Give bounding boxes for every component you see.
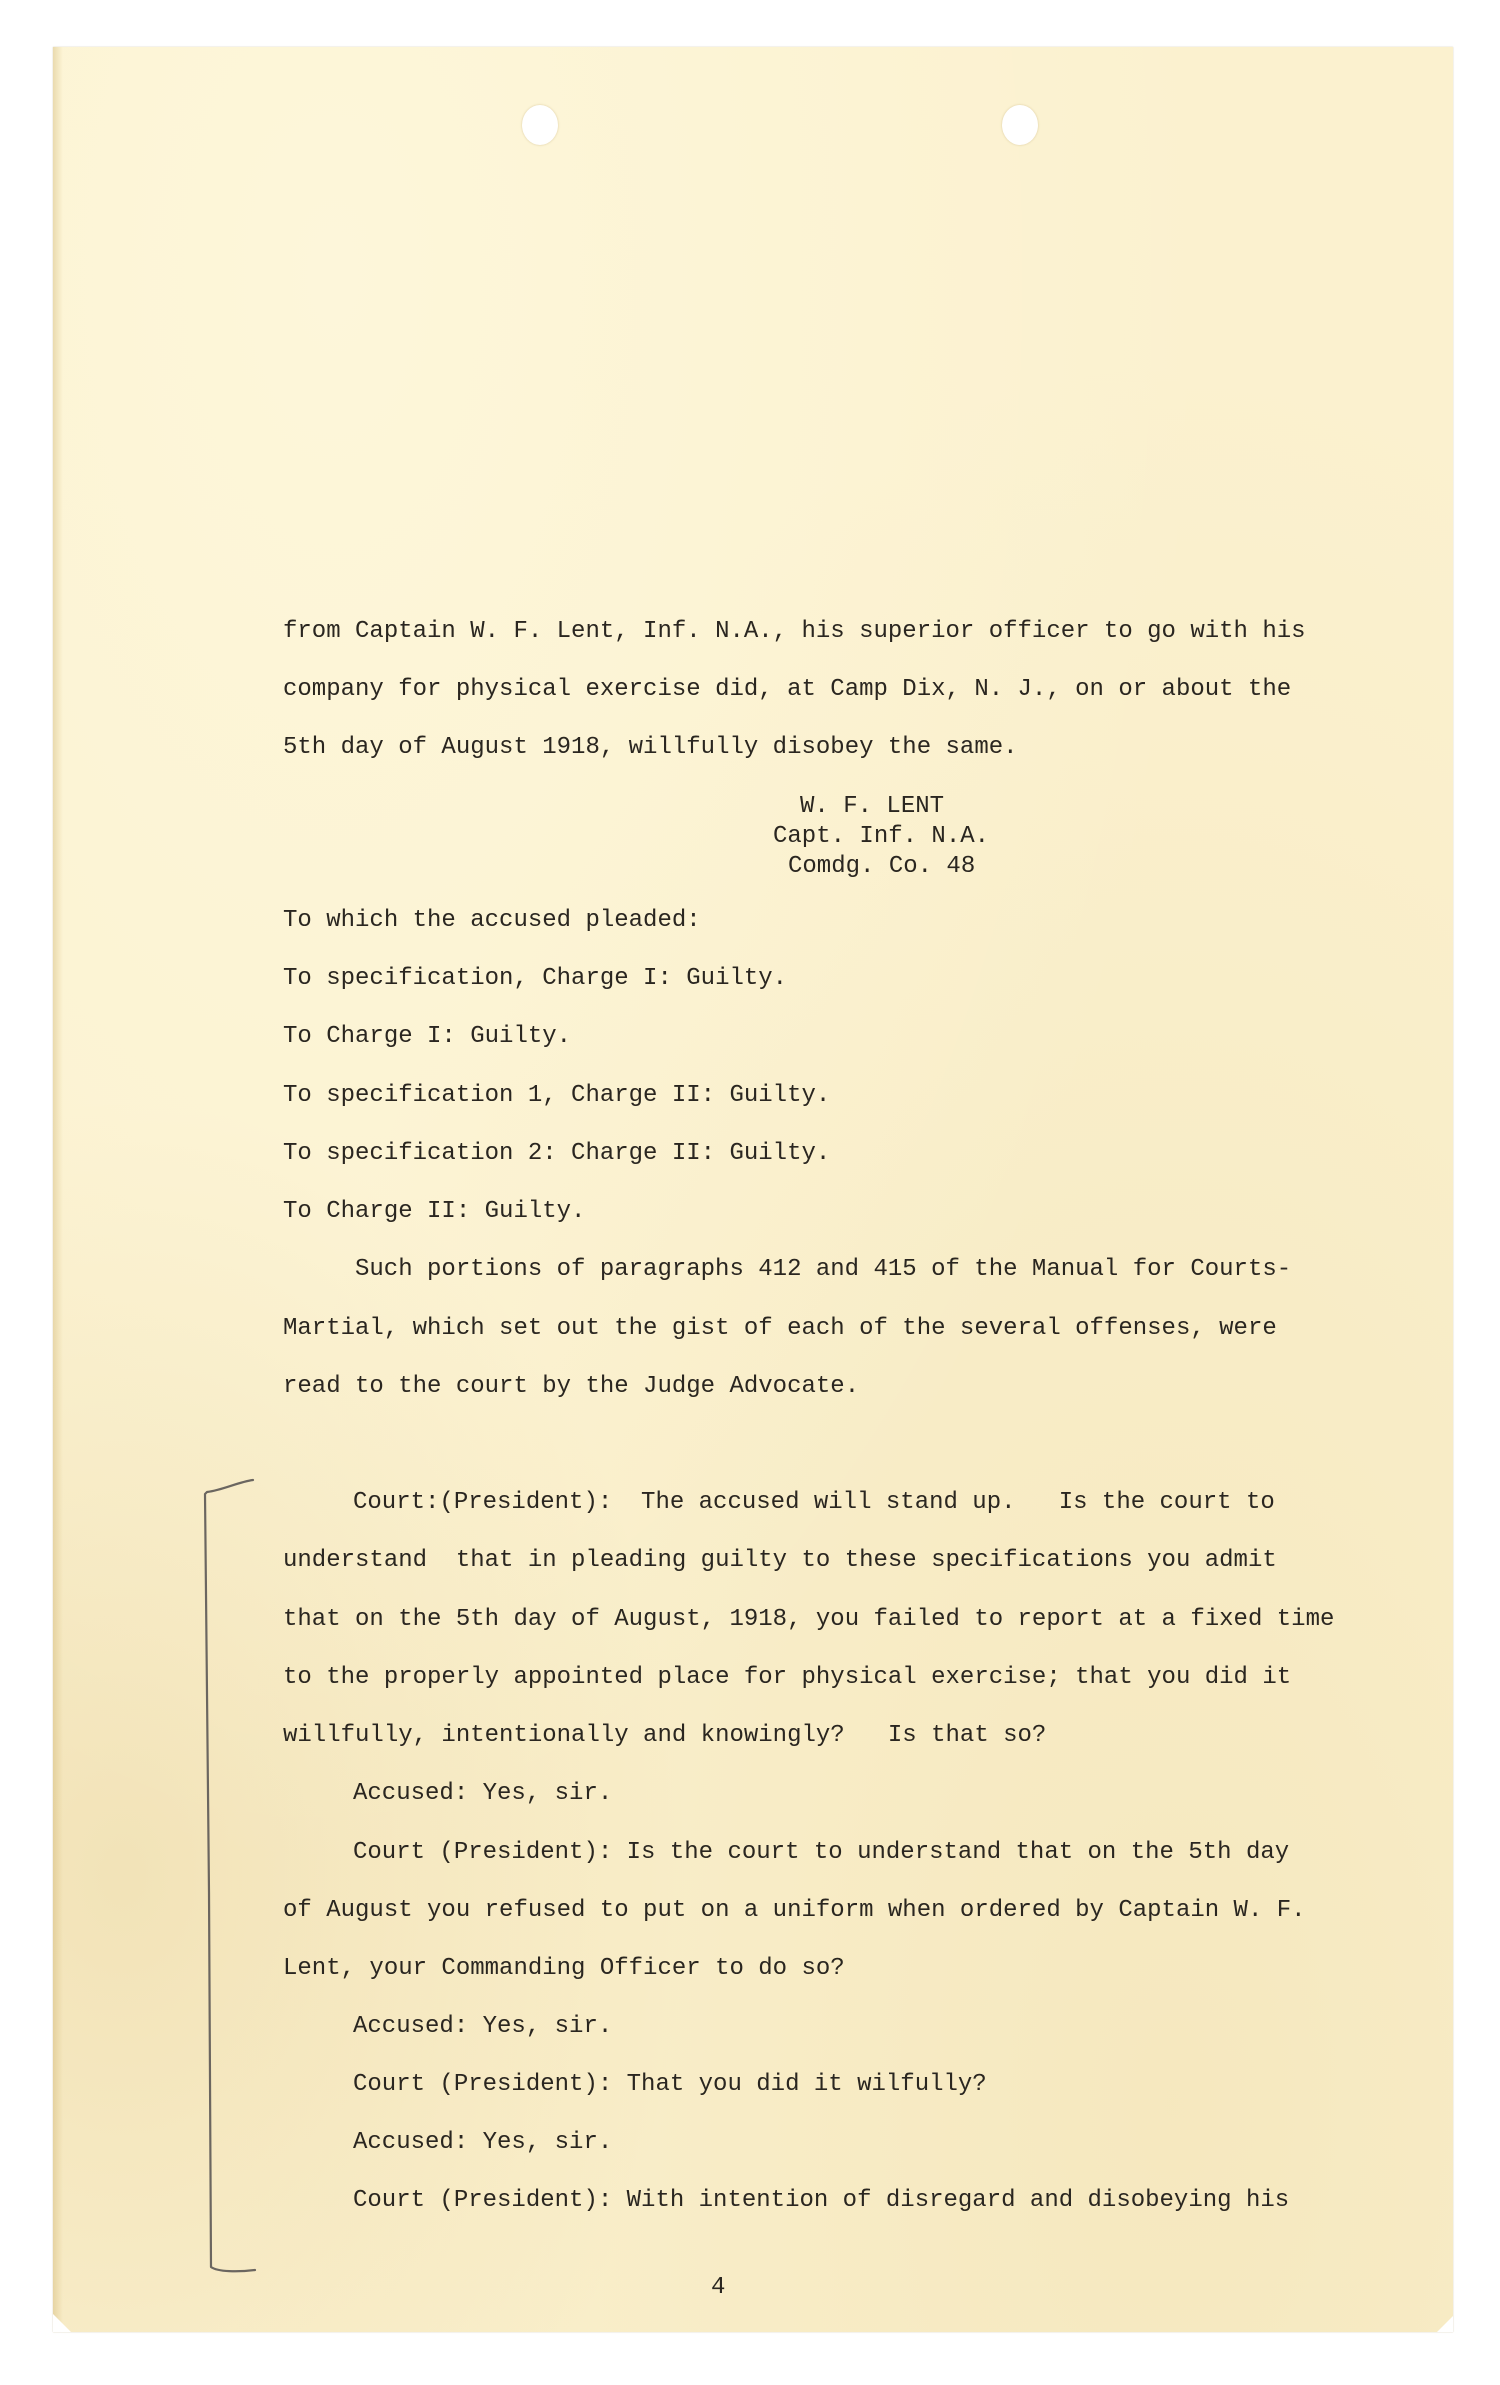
dialogue-line: Accused: Yes, sir. bbox=[353, 2013, 612, 2041]
signature-rank: Capt. Inf. N.A. bbox=[773, 823, 989, 851]
dialogue-line: Court (President): With intention of dis… bbox=[353, 2187, 1289, 2215]
page-number: 4 bbox=[711, 2274, 725, 2302]
plea-line: To specification 2: Charge II: Guilty. bbox=[283, 1140, 830, 1168]
corner-fold-bottom-left bbox=[53, 2314, 71, 2332]
pencil-bracket-mark bbox=[193, 1472, 273, 2282]
dialogue-line: of August you refused to put on a unifor… bbox=[283, 1897, 1306, 1925]
dialogue-line: Lent, your Commanding Officer to do so? bbox=[283, 1955, 845, 1983]
dialogue-line: Accused: Yes, sir. bbox=[353, 1780, 612, 1808]
text-line: read to the court by the Judge Advocate. bbox=[283, 1373, 859, 1401]
dialogue-line: that on the 5th day of August, 1918, you… bbox=[283, 1606, 1334, 1634]
dialogue-line: understand that in pleading guilty to th… bbox=[283, 1547, 1277, 1575]
dialogue-line: Court (President): That you did it wilfu… bbox=[353, 2071, 987, 2099]
punch-hole-right bbox=[1002, 105, 1038, 145]
punch-hole-left bbox=[522, 105, 558, 145]
dialogue-line: to the properly appointed place for phys… bbox=[283, 1664, 1291, 1692]
signature-command: Comdg. Co. 48 bbox=[788, 853, 975, 881]
plea-line: To Charge I: Guilty. bbox=[283, 1023, 571, 1051]
text-line: Martial, which set out the gist of each … bbox=[283, 1315, 1277, 1343]
plea-line: To which the accused pleaded: bbox=[283, 907, 701, 935]
dialogue-line: willfully, intentionally and knowingly? … bbox=[283, 1722, 1046, 1750]
dialogue-line: Court:(President): The accused will stan… bbox=[353, 1489, 1275, 1517]
page-edge-shading bbox=[53, 47, 63, 2332]
text-line: from Captain W. F. Lent, Inf. N.A., his … bbox=[283, 618, 1306, 646]
text-line: Such portions of paragraphs 412 and 415 … bbox=[355, 1256, 1291, 1284]
plea-line: To Charge II: Guilty. bbox=[283, 1198, 585, 1226]
dialogue-line: Accused: Yes, sir. bbox=[353, 2129, 612, 2157]
document-page: from Captain W. F. Lent, Inf. N.A., his … bbox=[53, 47, 1453, 2332]
signature-name: W. F. LENT bbox=[800, 793, 944, 821]
plea-line: To specification, Charge I: Guilty. bbox=[283, 965, 787, 993]
text-line: 5th day of August 1918, willfully disobe… bbox=[283, 734, 1018, 762]
dialogue-line: Court (President): Is the court to under… bbox=[353, 1839, 1289, 1867]
text-line: company for physical exercise did, at Ca… bbox=[283, 676, 1291, 704]
corner-fold-bottom-right bbox=[1437, 2316, 1453, 2332]
plea-line: To specification 1, Charge II: Guilty. bbox=[283, 1082, 830, 1110]
